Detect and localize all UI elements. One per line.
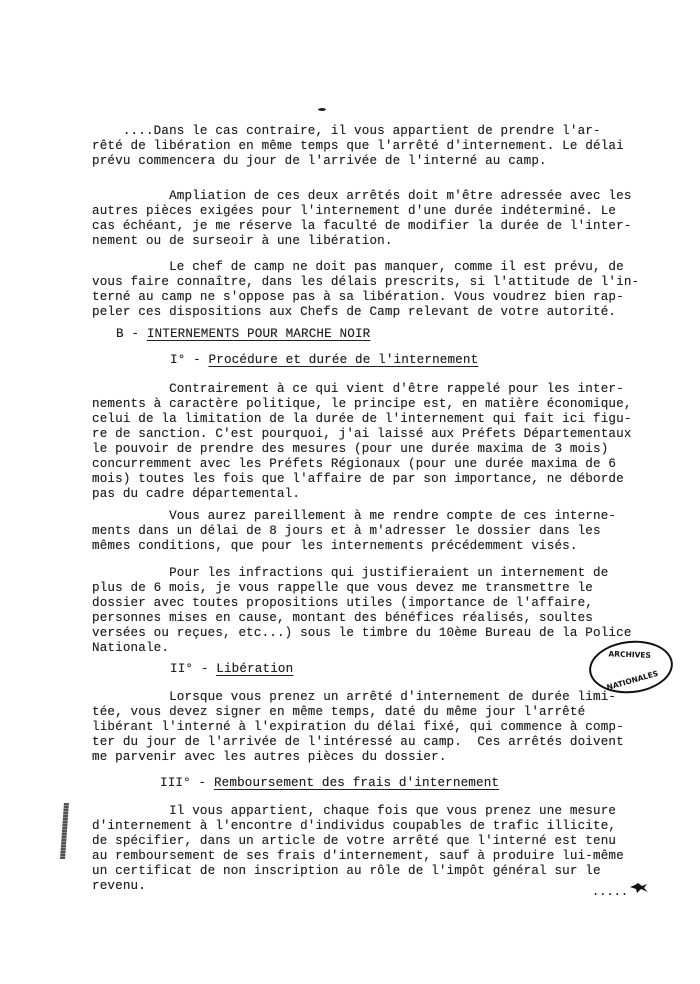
section-heading: B - INTERNEMENTS POUR MARCHE NOIR	[116, 327, 370, 342]
heading-title: INTERNEMENTS POUR MARCHE NOIR	[147, 327, 371, 341]
heading-number: B -	[116, 327, 147, 341]
heading-title: Remboursement des frais d'internement	[214, 776, 499, 790]
end-of-page-dots: .....	[592, 884, 628, 898]
text-line: au remboursement de ses frais d'internem…	[92, 849, 624, 864]
stamp-bottom-text: NATIONALES	[593, 665, 672, 696]
text-line: Lorsque vous prenez un arrêté d'internem…	[92, 690, 616, 705]
text-line: dossier avec toutes propositions utiles …	[92, 596, 593, 611]
text-line: autres pièces exigées pour l'internement…	[92, 204, 616, 219]
heading-title: Procédure et durée de l'internement	[209, 353, 479, 367]
text-line: de spécifier, dans un article de votre a…	[92, 834, 616, 849]
text-line: plus de 6 mois, je vous rappelle que vou…	[92, 581, 593, 596]
scanned-document-page: ....Dans le cas contraire, il vous appar…	[0, 0, 700, 984]
sub-heading: II° - Libération	[170, 662, 293, 677]
text-line: le pouvoir de prendre des mesures (pour …	[92, 442, 608, 457]
text-line: vous faire connaître, dans les délais pr…	[92, 275, 639, 290]
sub-heading: III° - Remboursement des frais d'interne…	[160, 776, 499, 791]
heading-number: II° -	[170, 662, 216, 676]
heading-title: Libération	[216, 662, 293, 676]
text-line: Le chef de camp ne doit pas manquer, com…	[92, 260, 624, 275]
text-line: concurremment avec les Préfets Régionaux…	[92, 457, 616, 472]
text-line: mêmes conditions, que pour les interneme…	[92, 539, 578, 554]
text-line: ter du jour de l'arrivée de l'intéressé …	[92, 735, 624, 750]
text-line: revenu.	[92, 879, 146, 894]
text-line: un certificat de non inscription au rôle…	[92, 864, 601, 879]
text-line: Il vous appartient, chaque fois que vous…	[92, 804, 616, 819]
heading-number: I° -	[170, 353, 209, 367]
text-line: celui de la limitation de la durée de l'…	[92, 412, 632, 427]
text-line: cas échéant, je me réserve la faculté de…	[92, 219, 632, 234]
text-line: Vous aurez pareillement à me rendre comp…	[92, 509, 616, 524]
margin-pencil-mark	[60, 803, 69, 859]
text-line: mois) toutes les fois que l'affaire de p…	[92, 472, 624, 487]
text-line: versées ou reçues, etc...) sous le timbr…	[92, 626, 632, 641]
text-line: rêté de libération en même temps que l'a…	[92, 139, 624, 154]
text-line: d'internement à l'encontre d'individus c…	[92, 819, 616, 834]
text-line: peler ces dispositions aux Chefs de Camp…	[92, 305, 616, 320]
text-line: personnes mises en cause, montant des bé…	[92, 611, 593, 626]
ink-scribble-icon	[629, 880, 649, 896]
archives-nationales-stamp: ARCHIVES NATIONALES	[587, 637, 676, 697]
stamp-top-text: ARCHIVES	[590, 649, 670, 661]
scan-speck	[318, 108, 326, 111]
text-line: pas du cadre départemental.	[92, 487, 300, 502]
text-line: Nationale.	[92, 641, 169, 656]
text-line: tée, vous devez signer en même temps, da…	[92, 705, 585, 720]
text-line: libérant l'interné à l'expiration du dél…	[92, 720, 624, 735]
text-line: ....Dans le cas contraire, il vous appar…	[92, 124, 601, 139]
sub-heading: I° - Procédure et durée de l'internement	[170, 353, 478, 368]
text-line: nement ou de surseoir à une libération.	[92, 234, 393, 249]
text-line: Ampliation de ces deux arrêtés doit m'êt…	[92, 189, 632, 204]
text-line: Pour les infractions qui justifieraient …	[92, 566, 608, 581]
text-line: Contrairement à ce qui vient d'être rapp…	[92, 382, 624, 397]
text-line: nements à caractère politique, le princi…	[92, 397, 632, 412]
heading-number: III° -	[160, 776, 214, 790]
text-line: terné au camp ne s'oppose pas à sa libér…	[92, 290, 624, 305]
text-line: prévu commencera du jour de l'arrivée de…	[92, 154, 547, 169]
text-line: ments dans un délai de 8 jours et à m'ad…	[92, 524, 601, 539]
text-line: me parvenir avec les autres pièces du do…	[92, 750, 447, 765]
text-line: re de sanction. C'est pourquoi, j'ai lai…	[92, 427, 632, 442]
